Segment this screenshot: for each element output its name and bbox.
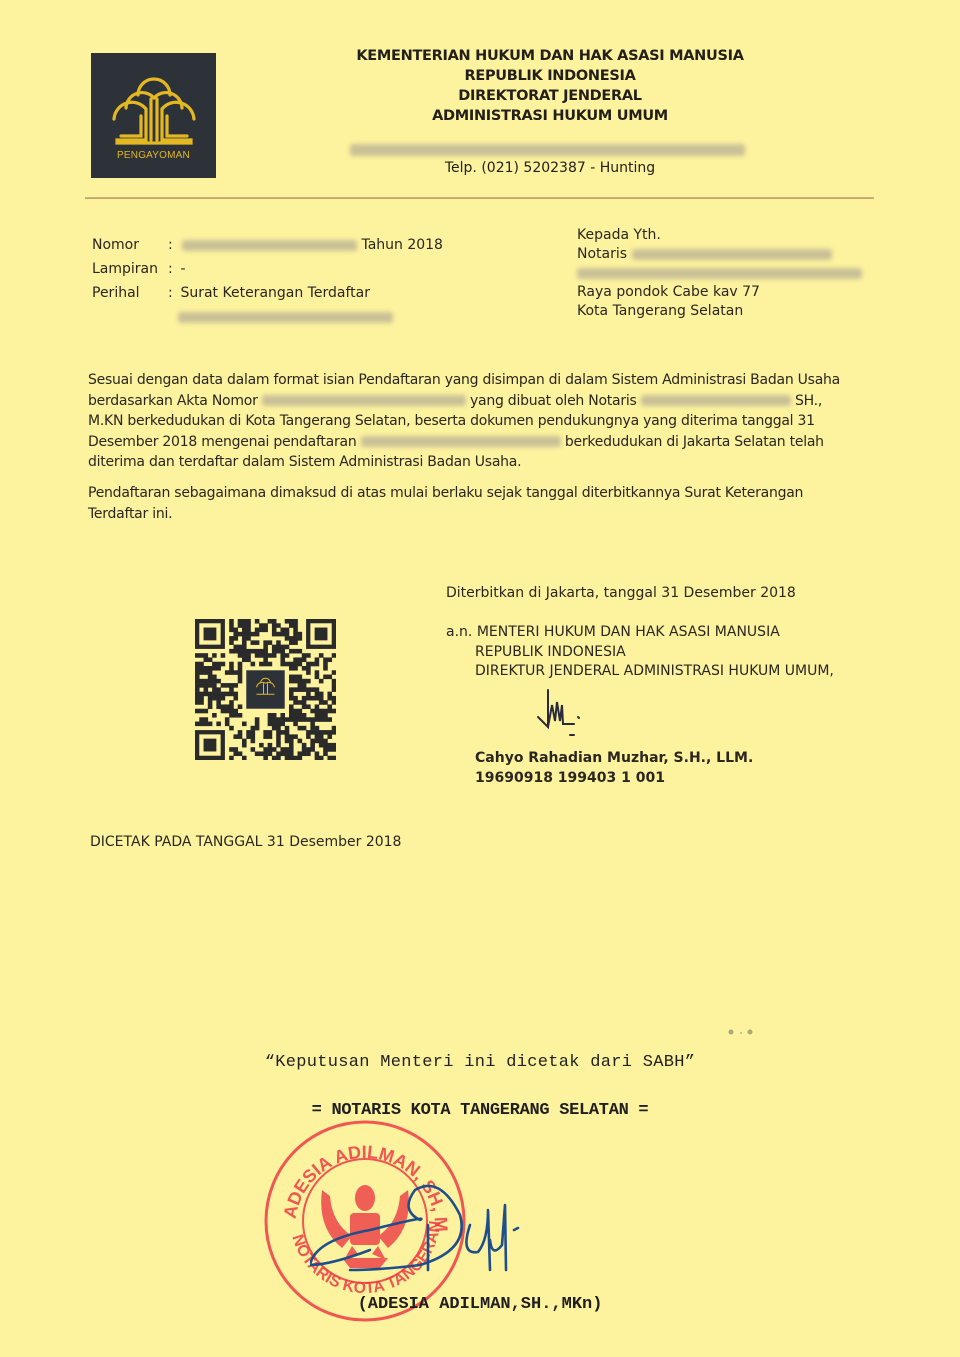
- redacted-notary-name: [632, 249, 832, 260]
- official-block: Cahyo Rahadian Muzhar, S.H., LLM. 196909…: [475, 748, 753, 788]
- on-behalf-directorate: DIREKTUR JENDERAL ADMINISTRASI HUKUM UMU…: [446, 662, 834, 682]
- official-nip: 19690918 199403 1 001: [475, 768, 753, 788]
- redacted-address: [350, 144, 745, 156]
- ministry-logo: PENGAYOMAN: [91, 53, 216, 178]
- logo-caption: PENGAYOMAN: [91, 150, 216, 161]
- notary-name: (ADESIA ADILMAN,SH.,MKn): [0, 1295, 960, 1314]
- body-paragraph-1: Sesuai dengan data dalam format isian Pe…: [88, 370, 848, 473]
- meta-lampiran: Lampiran: -: [92, 257, 443, 281]
- recipient-address-line: [577, 264, 862, 283]
- letterhead-title: KEMENTERIAN HUKUM DAN HAK ASASI MANUSIA …: [330, 46, 770, 126]
- issued-place-date: Diterbitkan di Jakarta, tanggal 31 Desem…: [446, 585, 796, 601]
- redacted-notary-name-inline: [641, 395, 791, 406]
- recipient-address-city: Kota Tangerang Selatan: [577, 302, 862, 321]
- scan-speck: [723, 1022, 759, 1032]
- meta-perihal-company: [92, 305, 443, 329]
- country-name: REPUBLIK INDONESIA: [330, 66, 770, 86]
- notary-signature-icon: [310, 1170, 550, 1304]
- official-name: Cahyo Rahadian Muzhar, S.H., LLM.: [475, 748, 753, 768]
- header-divider: [85, 197, 874, 199]
- directorate-name: DIREKTORAT JENDERAL: [330, 86, 770, 106]
- perihal-value: Surat Keterangan Terdaftar: [180, 285, 370, 301]
- qr-code-icon: [195, 619, 336, 760]
- phone-number: Telp. (021) 5202387 - Hunting: [330, 160, 770, 176]
- on-behalf-country: REPUBLIK INDONESIA: [446, 643, 834, 663]
- nomor-label: Nomor: [92, 233, 168, 257]
- letter-meta: Nomor: Tahun 2018 Lampiran: - Perihal: S…: [92, 233, 443, 329]
- ministry-name: KEMENTERIAN HUKUM DAN HAK ASASI MANUSIA: [330, 46, 770, 66]
- on-behalf-minister: MENTERI HUKUM DAN HAK ASASI MANUSIA: [477, 624, 780, 640]
- recipient-block: Kepada Yth. Notaris Raya pondok Cabe kav…: [577, 226, 862, 321]
- redacted-deed-number: [262, 395, 466, 406]
- perihal-label: Perihal: [92, 281, 168, 305]
- on-behalf-block: a.n. MENTERI HUKUM DAN HAK ASASI MANUSIA…: [446, 623, 834, 682]
- body-paragraph-2: Pendaftaran sebagaimana dimaksud di atas…: [88, 483, 848, 524]
- meta-perihal: Perihal: Surat Keterangan Terdaftar: [92, 281, 443, 305]
- redacted-company-name: [178, 312, 393, 323]
- printed-date: DICETAK PADA TANGGAL 31 Desember 2018: [90, 834, 401, 850]
- recipient-notaris: Notaris: [577, 245, 862, 264]
- redacted-recipient-address: [577, 268, 862, 279]
- recipient-salutation: Kepada Yth.: [577, 226, 862, 245]
- sabh-note: “Keputusan Menteri ini dicetak dari SABH…: [0, 1053, 960, 1072]
- on-behalf-prefix: a.n.: [446, 624, 472, 640]
- recipient-address-street: Raya pondok Cabe kav 77: [577, 283, 862, 302]
- lampiran-value: -: [180, 261, 185, 277]
- notary-city-line: = NOTARIS KOTA TANGERANG SELATAN =: [0, 1101, 960, 1120]
- redacted-company-inline: [361, 436, 561, 447]
- lampiran-label: Lampiran: [92, 257, 168, 281]
- meta-nomor: Nomor: Tahun 2018: [92, 233, 443, 257]
- redacted-letter-number: [182, 240, 357, 251]
- nomor-year: Tahun 2018: [361, 237, 443, 253]
- official-signature-icon: [530, 687, 600, 751]
- directorate-subname: ADMINISTRASI HUKUM UMUM: [330, 106, 770, 126]
